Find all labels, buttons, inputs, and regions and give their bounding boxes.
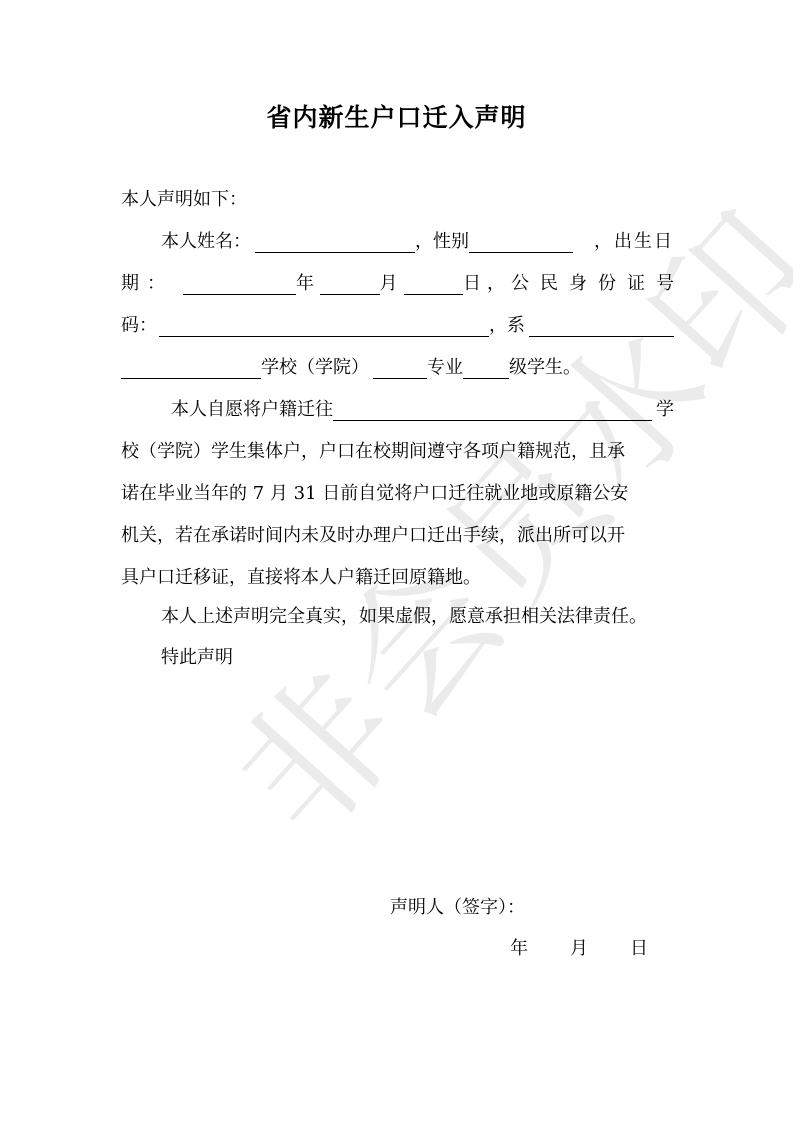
birth-label: ，出生日 [594,230,674,254]
name-field[interactable] [255,232,415,253]
day-label: 日， [463,272,511,296]
transfer-school-field[interactable] [333,400,652,421]
id-number-field[interactable] [159,316,489,337]
birthdate-line: 期： 年 月 日， 公民身份证号 [121,272,674,296]
paragraph2-text-2: 诺在毕业当年的 7 月 31 日前自觉将户口迁往就业地或原籍公安 [121,482,628,506]
paragraph2-line-3: 机关，若在承诺时间内未及时办理户口迁出手续，派出所可以开 [121,524,674,548]
paragraph2-text-4: 具户口迁移证，直接将本人户籍迁回原籍地。 [121,566,481,590]
paragraph2-line-1: 校（学院）学生集体户，户口在校期间遵守各项户籍规范，且承 [121,440,674,464]
transfer-prefix: 本人自愿将户籍迁往 [171,398,333,422]
signature-field[interactable] [525,899,645,919]
name-gender-line: 本人姓名： ，性别 ，出生日 [121,230,674,254]
paragraph3-text: 本人上述声明完全真实，如果虚假，愿意承担相关法律责任。 [161,605,647,629]
paragraph2-line-4: 具户口迁移证，直接将本人户籍迁回原籍地。 [121,566,674,590]
closing-text: 特此声明 [161,646,233,670]
paragraph2-line-2: 诺在毕业当年的 7 月 31 日前自觉将户口迁往就业地或原籍公安 [121,482,674,506]
intro-text: 本人声明如下： [121,188,247,212]
transfer-suffix: 学 [656,398,674,422]
major-field[interactable] [373,358,427,379]
sign-month-label: 月 [570,937,588,961]
gender-field[interactable] [469,232,573,253]
id-label: 公民身份证号 [511,272,685,296]
grade-field[interactable] [463,358,509,379]
sign-year-label: 年 [510,937,528,961]
signature-line: 声明人（签字）： [390,896,690,920]
sign-day-label: 日 [630,937,648,961]
document-page: 非会员水印 省内新生户口迁入声明 本人声明如下： 本人姓名： ，性别 ，出生日 … [0,0,793,1122]
dept-field[interactable] [529,316,674,337]
dept-field-continued[interactable] [121,358,261,379]
gender-label: ，性别 [415,230,469,254]
signature-date-line: 年 月 日 [510,937,670,961]
major-label: 专业 [427,356,463,380]
school-label: 学校（学院） [261,356,369,380]
month-label: 月 [380,272,398,296]
birth-month-field[interactable] [320,274,379,295]
id-dept-line: 码： ，系 [121,314,674,338]
document-title: 省内新生户口迁入声明 [0,98,793,134]
paragraph2-text-1: 校（学院）学生集体户，户口在校期间遵守各项户籍规范，且承 [121,440,625,464]
paragraph3-line: 本人上述声明完全真实，如果虚假，愿意承担相关法律责任。 [121,605,674,629]
intro-line: 本人声明如下： [121,188,674,212]
year-label: 年 [296,272,314,296]
name-label: 本人姓名： [161,230,251,254]
grade-label: 级学生。 [509,356,581,380]
transfer-line: 本人自愿将户籍迁往 学 [121,398,674,422]
closing-line: 特此声明 [121,646,674,670]
id-prefix: 码： [121,314,157,338]
birth-prefix: 期： [121,272,173,296]
birth-year-field[interactable] [183,274,296,295]
paragraph2-text-3: 机关，若在承诺时间内未及时办理户口迁出手续，派出所可以开 [121,524,625,548]
school-line: 学校（学院） 专业 级学生。 [121,356,674,380]
birth-day-field[interactable] [404,274,463,295]
signature-label: 声明人（签字）： [390,896,525,920]
dept-label: ，系 [489,314,525,338]
